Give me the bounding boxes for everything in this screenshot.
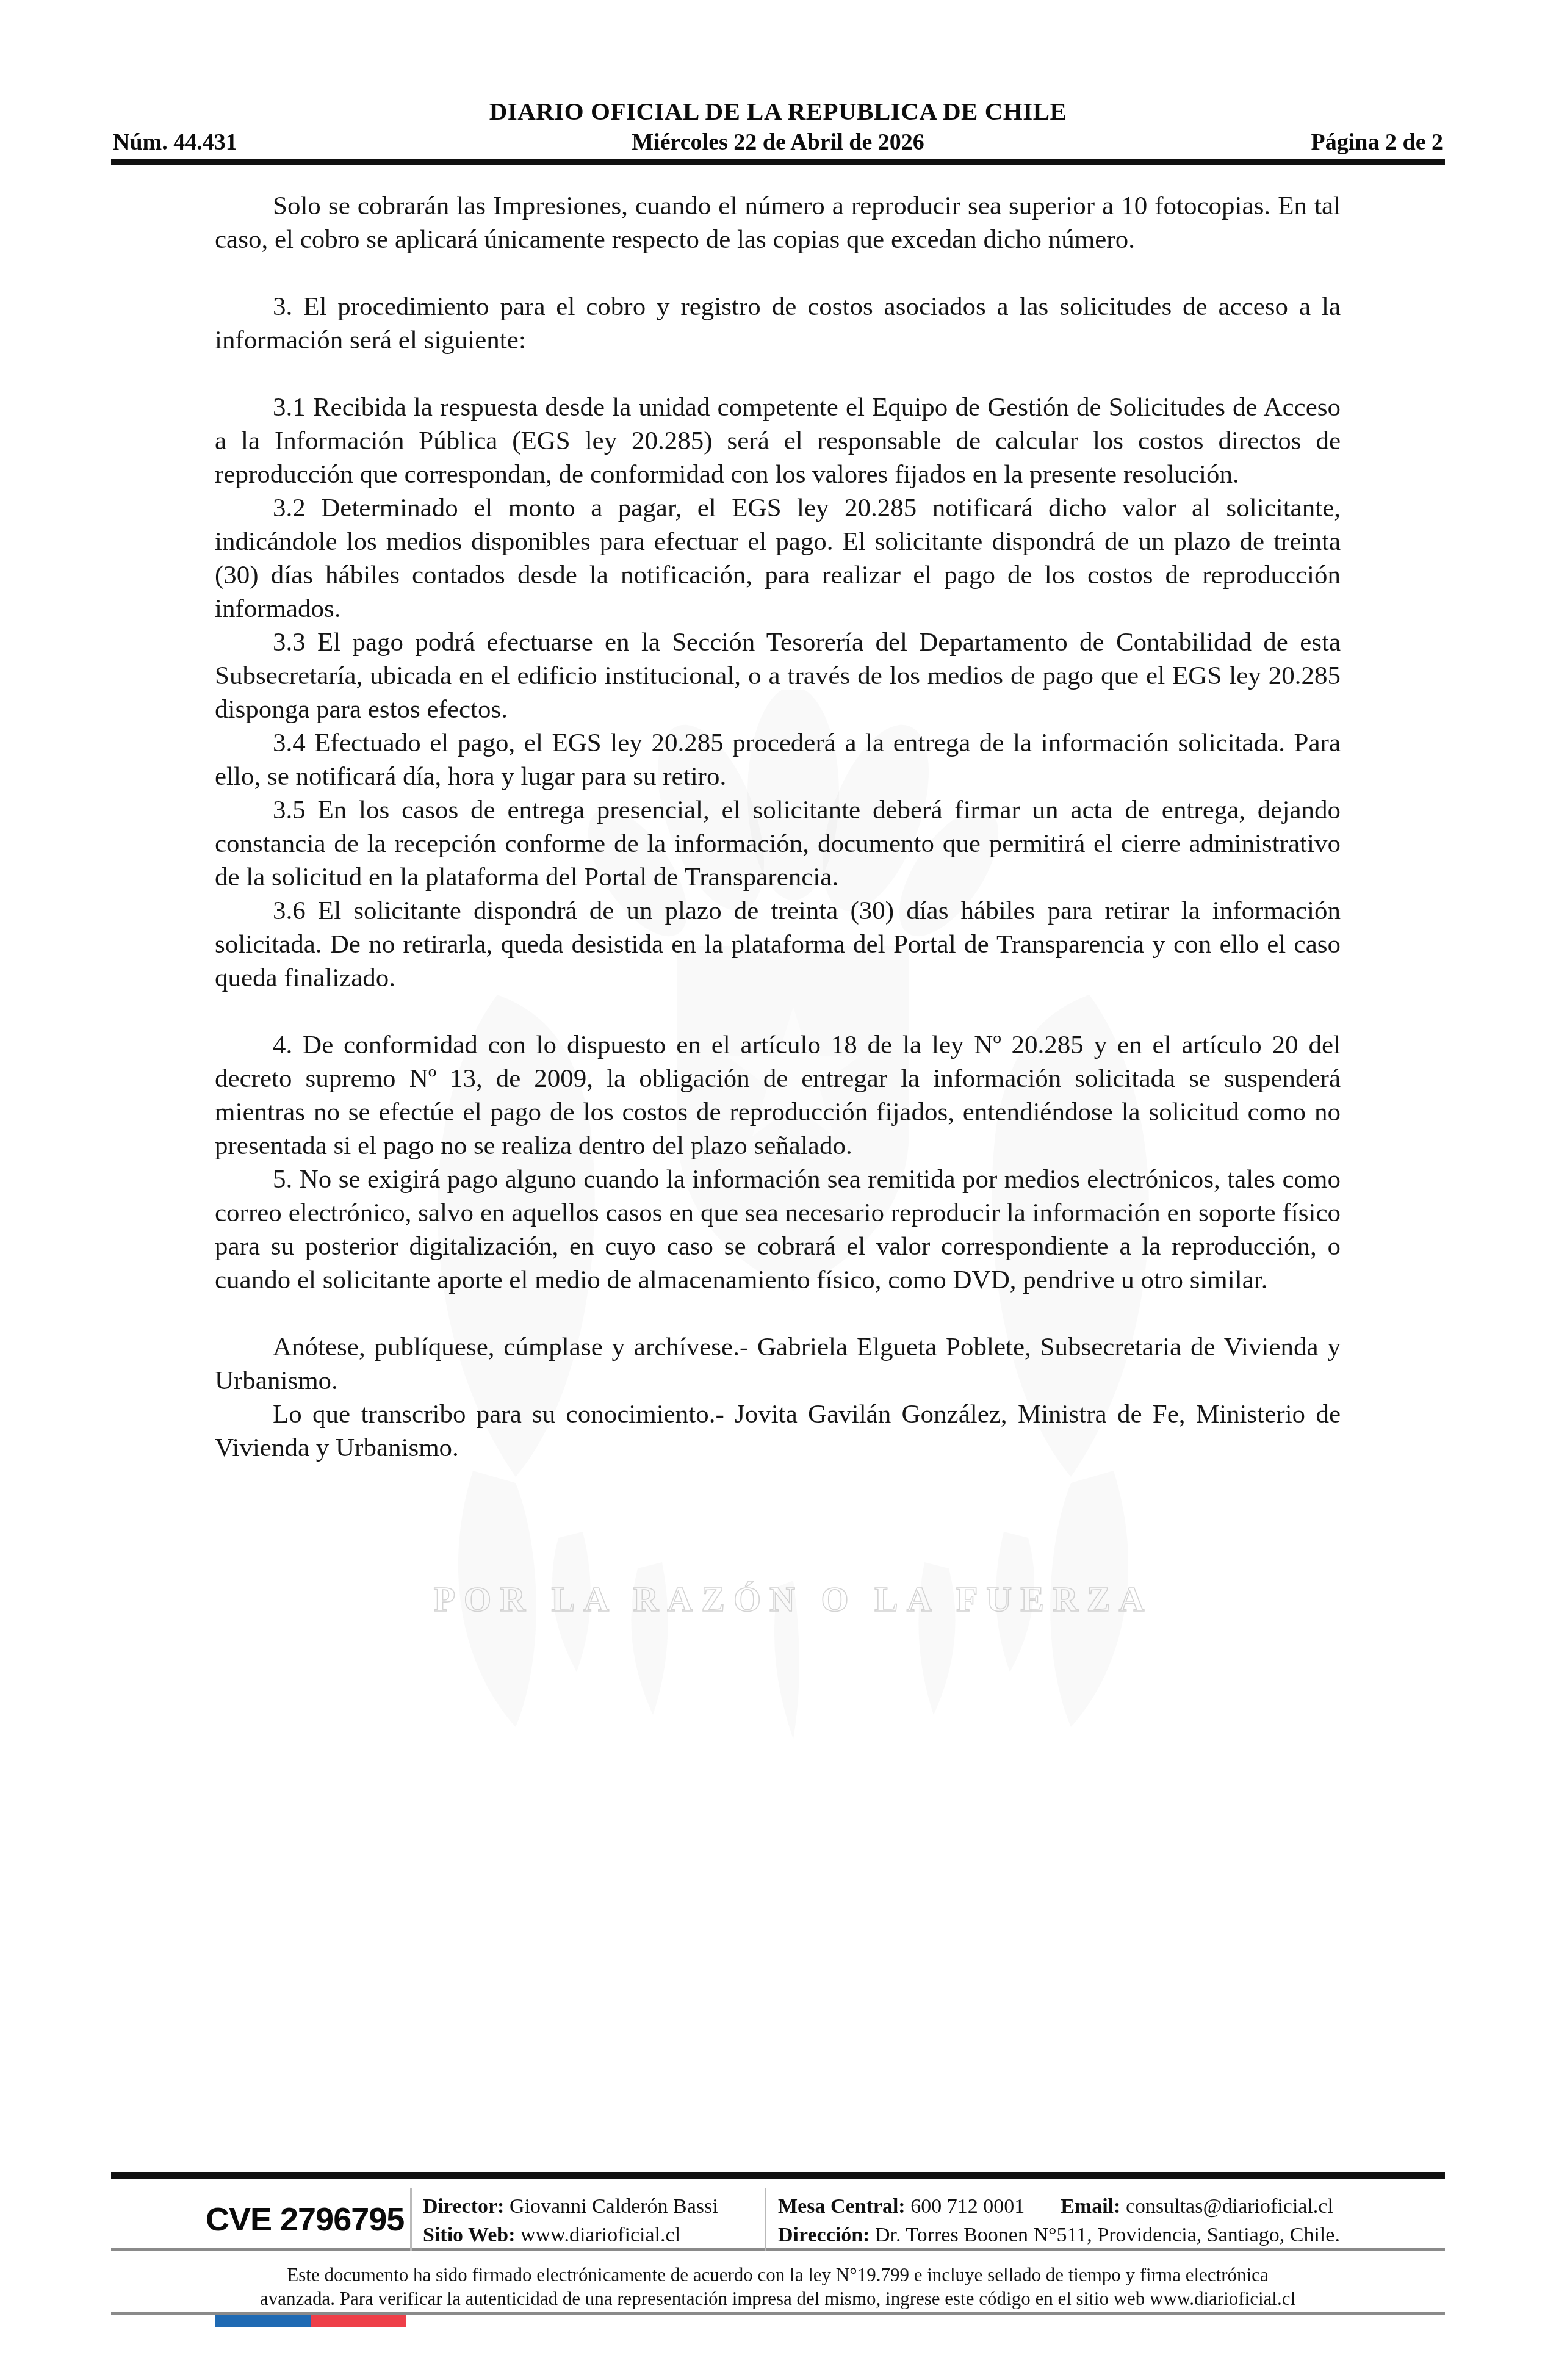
paragraph: 3.4 Efectuado el pago, el EGS ley 20.285… [215, 726, 1341, 793]
paragraph: 3.5 En los casos de entrega presencial, … [215, 793, 1341, 894]
phone-label: Mesa Central: [778, 2195, 906, 2218]
director-line: Director: Giovanni Calderón Bassi [423, 2192, 718, 2221]
header-meta-row: Núm. 44.431 Miércoles 22 de Abril de 202… [113, 129, 1443, 158]
document-body: Solo se cobrarán las Impresiones, cuando… [215, 189, 1341, 1465]
paragraph: Lo que transcribo para su conocimiento.-… [215, 1397, 1341, 1465]
address-value: Dr. Torres Boonen N°511, Providencia, Sa… [875, 2224, 1340, 2246]
paragraph: Solo se cobrarán las Impresiones, cuando… [215, 189, 1341, 256]
cve-code: CVE 2796795 [206, 2201, 404, 2238]
director-name: Giovanni Calderón Bassi [510, 2195, 718, 2218]
phone-email-line: Mesa Central: 600 712 0001 Email: consul… [778, 2192, 1340, 2221]
email-address: consultas@diarioficial.cl [1126, 2195, 1333, 2218]
gazette-page: DIARIO OFICIAL DE LA REPUBLICA DE CHILE … [0, 0, 1556, 2380]
footer-top-divider [111, 2172, 1445, 2179]
website-line: Sitio Web: www.diarioficial.cl [423, 2221, 718, 2249]
flag-red-segment [311, 2315, 406, 2327]
watermark-motto: POR LA RAZÓN O LA FUERZA [434, 1579, 1153, 1619]
flag-blue-segment [215, 2315, 311, 2327]
website-label: Sitio Web: [423, 2224, 515, 2246]
paragraph: 5. No se exigirá pago alguno cuando la i… [215, 1163, 1341, 1297]
address-line: Dirección: Dr. Torres Boonen N°511, Prov… [778, 2221, 1340, 2249]
footer-info-band: CVE 2796795 Director: Giovanni Calderón … [111, 2185, 1445, 2253]
website-url: www.diarioficial.cl [520, 2224, 680, 2246]
email-label: Email: [1061, 2195, 1120, 2218]
page-indicator: Página 2 de 2 [1311, 129, 1443, 156]
edition-date: Miércoles 22 de Abril de 2026 [113, 129, 1443, 156]
legal-line-2: avanzada. Para verificar la autenticidad… [215, 2287, 1341, 2310]
paragraph: Anótese, publíquese, cúmplase y archíves… [215, 1330, 1341, 1397]
footer-contact-column: Mesa Central: 600 712 0001 Email: consul… [778, 2192, 1340, 2249]
paragraph: 3.1 Recibida la respuesta desde la unida… [215, 391, 1341, 491]
page-title: DIARIO OFICIAL DE LA REPUBLICA DE CHILE [0, 96, 1556, 126]
footer-separator [765, 2188, 766, 2251]
header-divider [111, 159, 1445, 165]
footer-director-column: Director: Giovanni Calderón Bassi Sitio … [423, 2192, 718, 2249]
chile-flag-strip [215, 2315, 406, 2327]
address-label: Dirección: [778, 2224, 870, 2246]
legal-line-1: Este documento ha sido firmado electróni… [215, 2263, 1341, 2287]
paragraph: 3. El procedimiento para el cobro y regi… [215, 290, 1341, 357]
legal-note: Este documento ha sido firmado electróni… [215, 2263, 1341, 2310]
phone-number: 600 712 0001 [910, 2195, 1025, 2218]
paragraph: 4. De conformidad con lo dispuesto en el… [215, 1028, 1341, 1163]
director-label: Director: [423, 2195, 504, 2218]
paragraph: 3.3 El pago podrá efectuarse en la Secci… [215, 626, 1341, 726]
footer-separator [410, 2188, 412, 2251]
paragraph: 3.6 El solicitante dispondrá de un plazo… [215, 894, 1341, 995]
paragraph: 3.2 Determinado el monto a pagar, el EGS… [215, 491, 1341, 626]
